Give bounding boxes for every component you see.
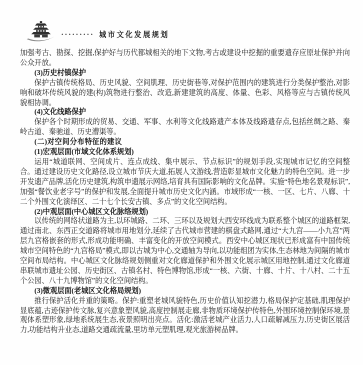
document-page: ········· 城市文化发展规划 加强考古、勘探、挖掘,保护好与历代都城相关… (0, 0, 363, 365)
section-heading: (3)微观层面(老城区文化格局规划) (20, 287, 350, 297)
page-header: ········· 城市文化发展规划 (26, 21, 169, 43)
section-heading: (4)文化线路保护 (20, 108, 350, 118)
paragraph: 加强考古、勘探、挖掘,保护好与历代都城相关的地下文物,考古或建设中挖掘的重要遗存… (20, 49, 350, 69)
running-header-title: 城市文化发展规划 (99, 30, 169, 43)
section-heading: (二)对空间分布特征的建议 (20, 138, 350, 148)
paragraph: 以传统的网络状道路为主,以环城路、二环、三环以及规划大西安环线成为联系整个城区的… (20, 217, 350, 286)
section-heading: (3)历史村镇保护 (20, 69, 350, 79)
section-heading: (2)中观层面(中心城区文化脉络规划) (20, 208, 350, 218)
paragraph: 保护各个时期形成的贸易、交通、军事、水利等文化线路遗产本体及线路遗存点,包括丝绸… (20, 118, 350, 138)
paragraph: 运用“城道联网、空间成片、连点成线、集中展示、节点标识”的规划手段,实现城市记忆… (20, 158, 350, 208)
paragraph: 推行保护活化并重的策略。保护:重塑老城风貌特色,历史价值认知挖潜力,格局保护定基… (20, 297, 350, 337)
header-dots: ········· (61, 31, 94, 43)
section-heading: (1)宏观层面(市域文化体系规划) (20, 148, 350, 158)
document-body: 加强考古、勘探、挖掘,保护好与历代都城相关的地下文物,考古或建设中挖掘的重要遗存… (20, 49, 350, 336)
pagoda-tower-icon (26, 21, 56, 43)
paragraph: 保护古镇传统格局、历史风貌、空间肌理、历史街巷等,对保护范围内的建筑进行分类保护… (20, 79, 350, 109)
